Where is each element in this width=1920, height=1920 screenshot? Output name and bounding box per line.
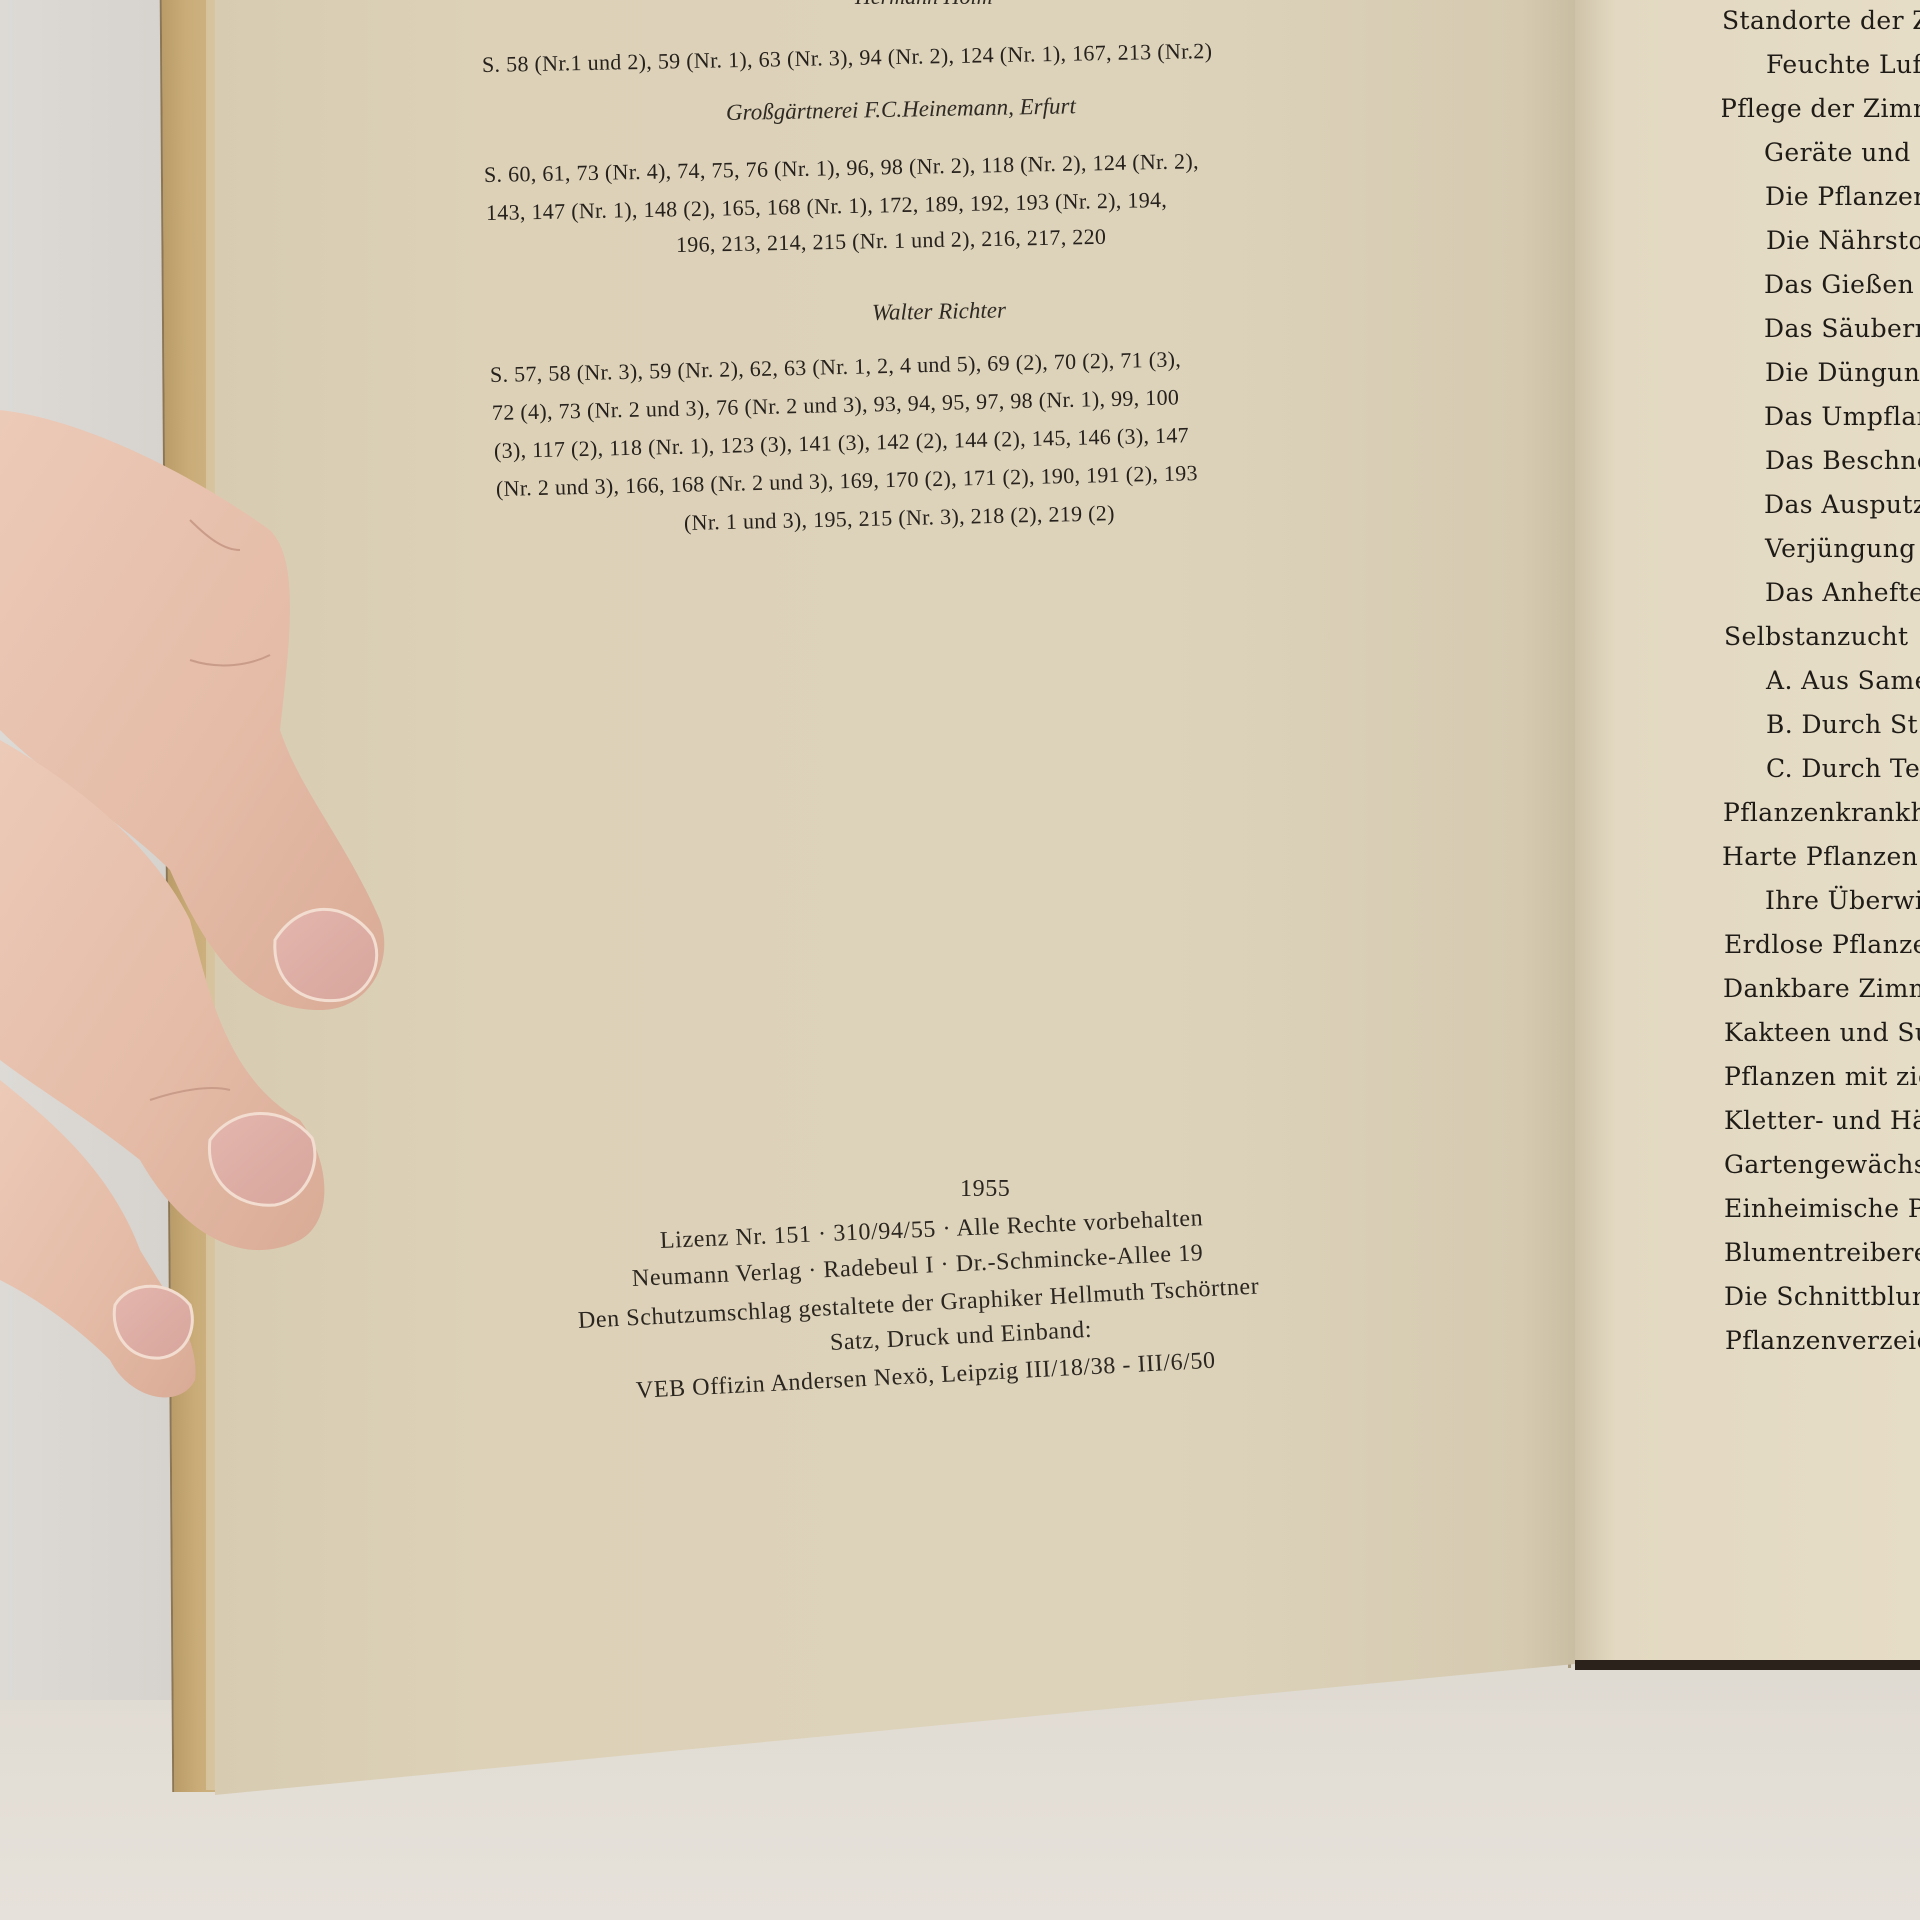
toc-entry: Pflege der Zimm [1722,94,1920,123]
toc-entry: Erdlose Pflanze [1724,930,1920,959]
toc-entry: C. Durch Te [1766,754,1920,783]
toc-entry: Standorte der Zi [1722,6,1920,35]
toc-entry: Das Anhefte [1765,578,1920,607]
toc-entry: Blumentreiberei [1724,1238,1920,1267]
toc-entry: Das Ausputz [1764,490,1920,519]
toc-entry: Das Umpflar [1764,402,1920,431]
toc-entry: Verjüngung [1765,534,1916,563]
credit-name-partial: Hermann Holm [855,0,993,10]
toc-entry: Selbstanzucht [1724,622,1908,651]
toc-entry: Geräte und I [1764,138,1920,167]
toc-entry: Das Gießen [1764,270,1914,299]
toc-entry: Pflanzenverzeich [1725,1326,1920,1355]
toc-entry: Kakteen und Su [1724,1018,1920,1047]
hand-holding-book [0,400,390,1400]
toc-entry: Kletter- und Hä [1724,1106,1920,1135]
toc-entry: Die Düngun [1765,358,1920,387]
toc-entry: Das Beschne [1765,446,1920,475]
photo-scene: Hermann Holm S. 58 (Nr.1 und 2), 59 (Nr.… [0,0,1920,1920]
toc-entry: Dankbare Zimm [1723,974,1920,1003]
toc-entry: Gartengewächse [1724,1150,1920,1179]
toc-entry: Die Pflanzen [1765,182,1920,211]
toc-entry: Harte Pflanzen [1722,842,1918,871]
toc-entry: Die Schnittblum [1724,1282,1920,1311]
toc-entry: Pflanzen mit zie [1724,1062,1920,1091]
credit-name: Walter Richter [872,297,1006,326]
toc-entry: B. Durch St [1766,710,1918,739]
toc-entry: Ihre Überwi [1765,886,1920,915]
table-of-contents: Standorte der Zi Feuchte Luf Pflege der … [1722,0,1920,1400]
left-page [215,0,1575,1795]
toc-entry: Einheimische Pf [1724,1194,1920,1223]
toc-entry: Feuchte Luf [1766,50,1920,79]
toc-entry: Das Säubern [1764,314,1920,343]
toc-entry: Die Nährsto [1766,226,1920,255]
imprint-year: 1955 [960,1176,1010,1203]
toc-entry: Pflanzenkrankhe [1723,798,1920,827]
toc-entry: A. Aus Same [1766,666,1920,695]
